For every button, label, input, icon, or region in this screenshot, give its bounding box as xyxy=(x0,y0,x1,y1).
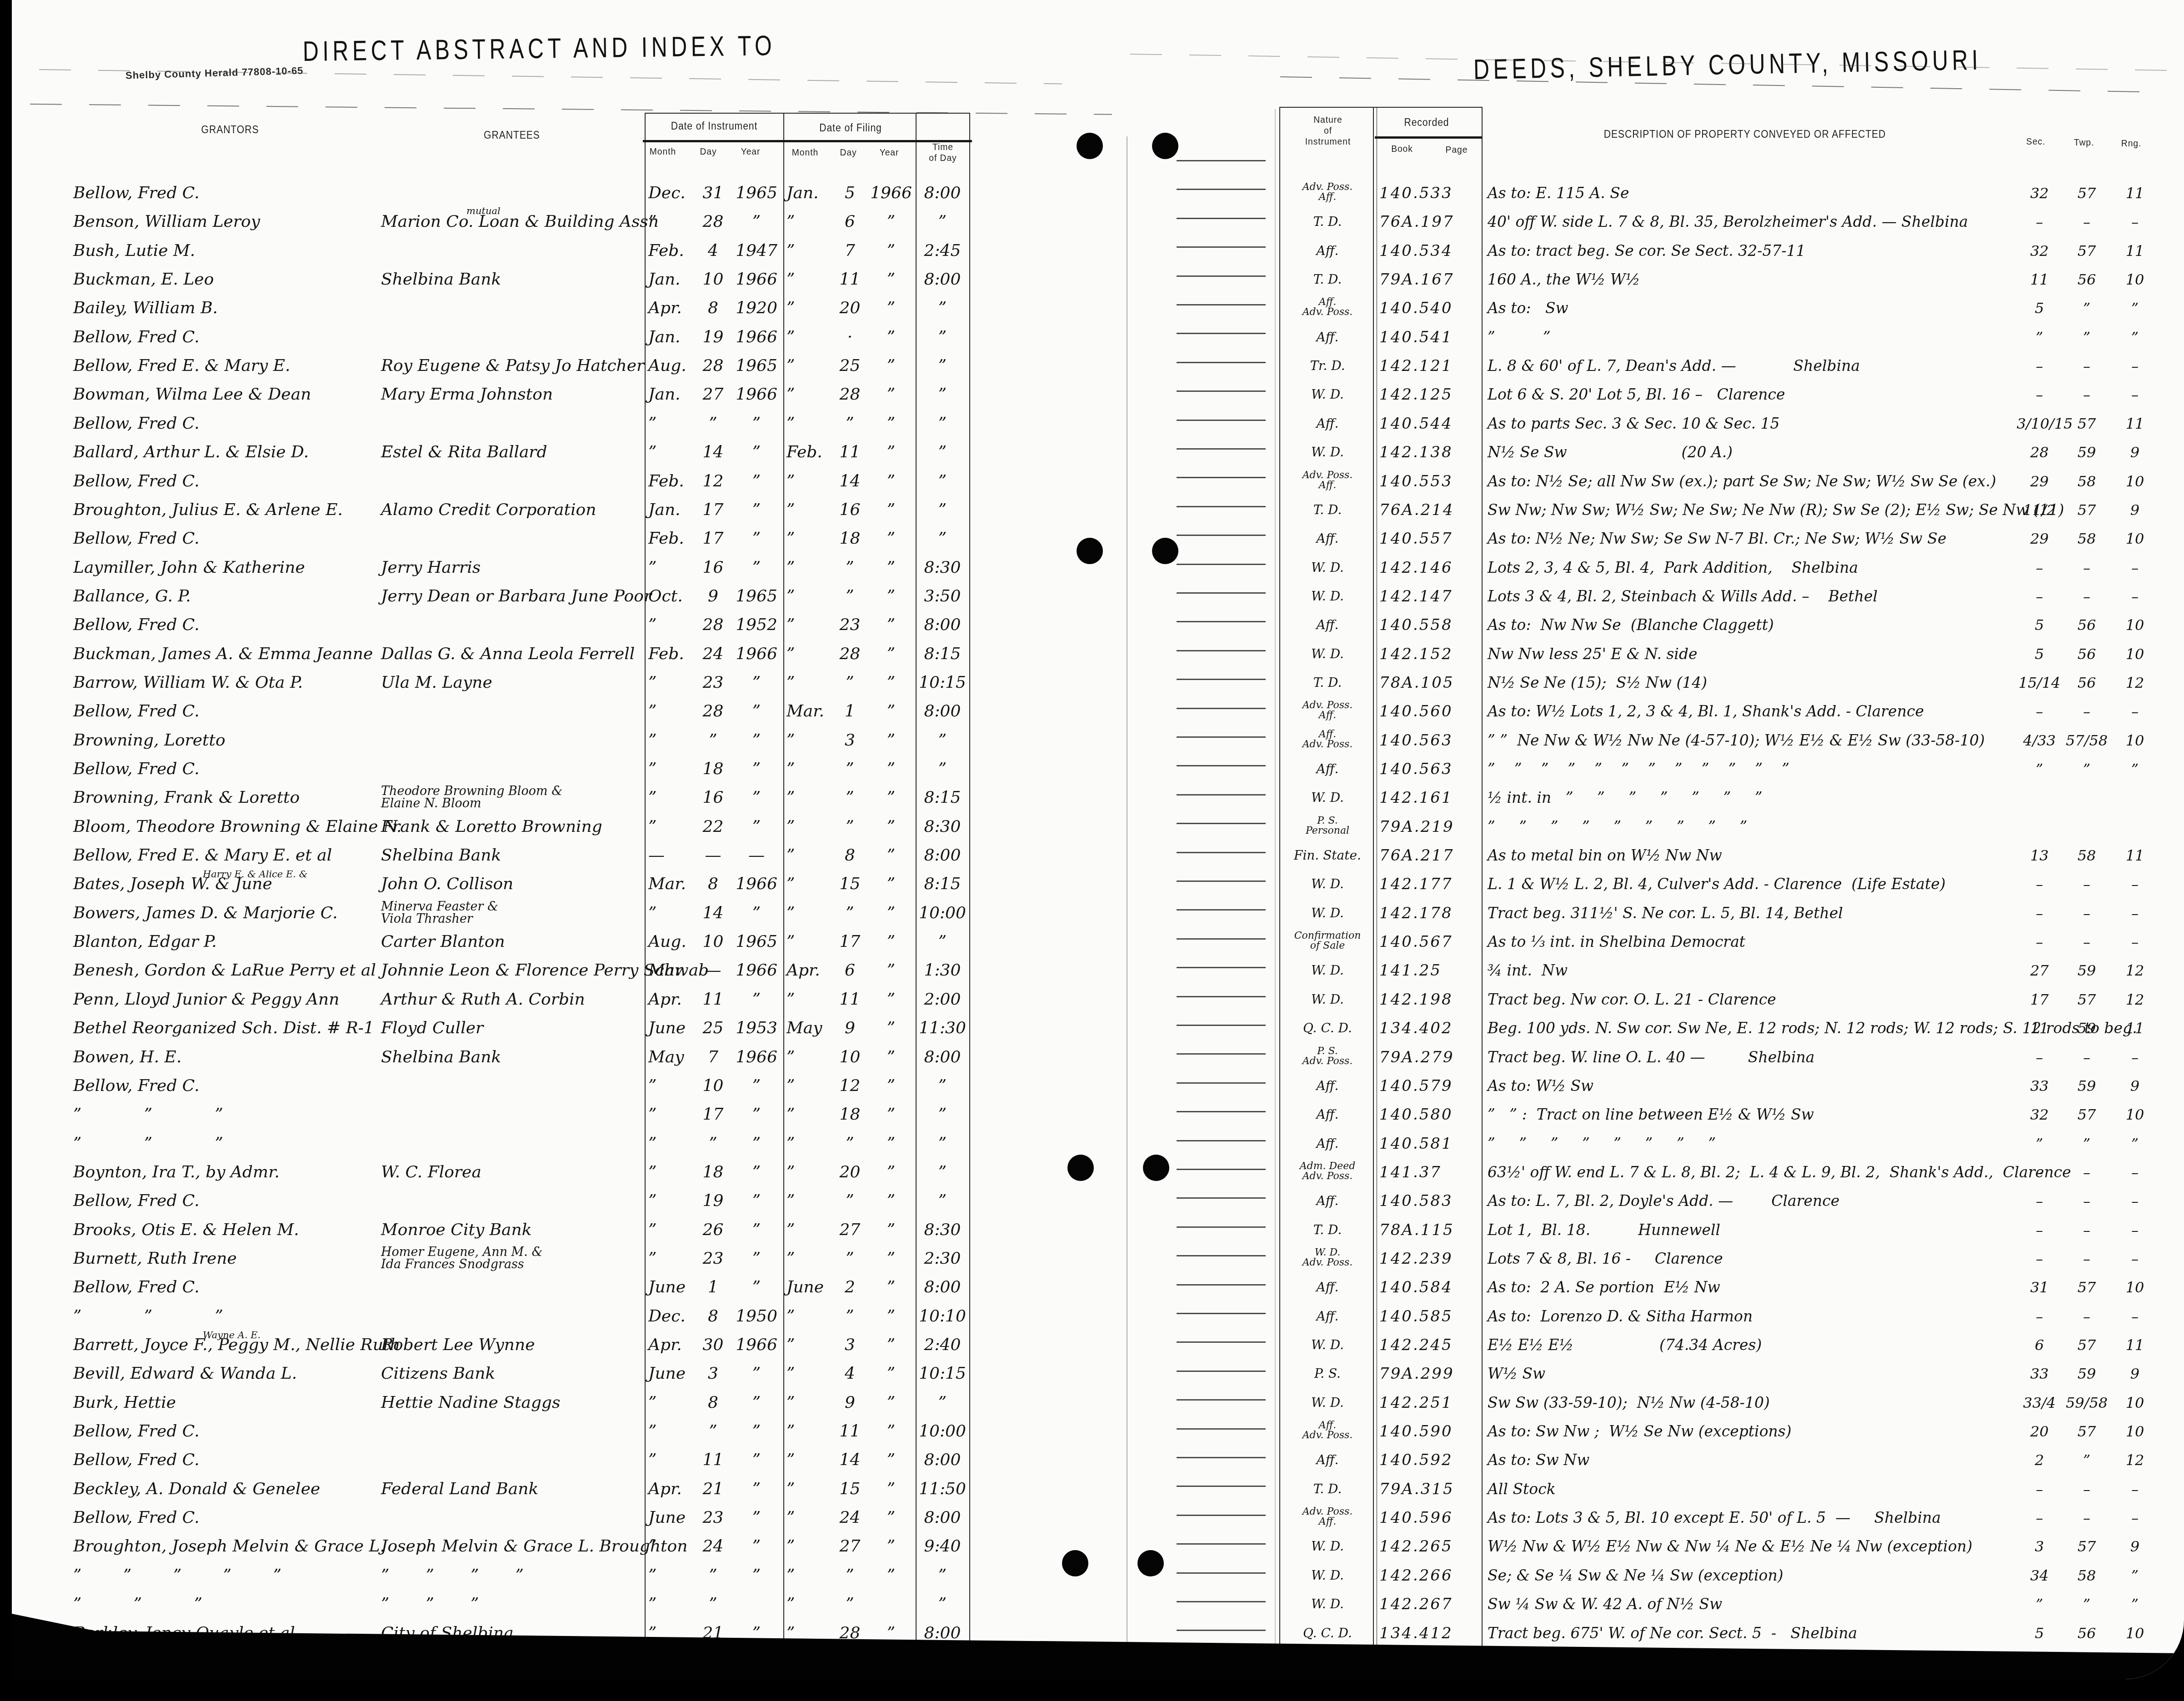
range: 12 xyxy=(2111,961,2159,980)
grantor-name: Buckman, E. Leo xyxy=(73,270,214,289)
instrument-year: ” xyxy=(732,1451,781,1469)
instrument-day: ” xyxy=(696,731,730,750)
filing-month: ” xyxy=(786,875,832,893)
instrument-day: 17 xyxy=(696,530,730,548)
filing-day: 25 xyxy=(833,357,867,375)
nature-of-instrument: Aff. Adv. Poss. xyxy=(1283,730,1372,750)
section: 5 xyxy=(2017,299,2062,317)
filing-year: ” xyxy=(868,1163,914,1181)
filing-day: ” xyxy=(833,1595,867,1613)
ledger-row: Bellow, Fred C. ” 18 ” ” ” ” ” Aff. 140.… xyxy=(12,757,2184,786)
instrument-day: — xyxy=(696,961,730,980)
nature-of-instrument: W. D. xyxy=(1283,1537,1372,1556)
instrument-month: ” xyxy=(648,904,696,922)
filing-year: ” xyxy=(868,1394,914,1412)
time-of-day: 8:15 xyxy=(917,789,968,807)
property-description: E½ E½ E½ (74.34 Acres) xyxy=(1488,1336,1762,1354)
instrument-month: Jan. xyxy=(648,501,696,519)
section: 11/2 xyxy=(2017,501,2062,519)
time-of-day: ” xyxy=(917,1163,968,1181)
filing-month: ” xyxy=(786,760,832,778)
filing-year: ” xyxy=(868,933,914,951)
grantor-name: ” ” ” xyxy=(73,1106,223,1124)
section: 11 xyxy=(2017,1019,2062,1037)
filing-day: 14 xyxy=(833,472,867,490)
col-header-date-filing: Date of Filing xyxy=(819,122,882,134)
property-description: Lot 1, Bl. 18. Hunnewell xyxy=(1488,1221,1720,1239)
property-description: W½ Nw & W½ E½ Nw & Nw ¼ Ne & E½ Ne ¼ Nw … xyxy=(1488,1537,1973,1556)
nature-of-instrument: Aff. xyxy=(1283,1451,1372,1469)
instrument-year: 1966 xyxy=(732,385,781,404)
ledger-row: Barrett, Joyce F., Peggy M., Nellie Ruth… xyxy=(12,1333,2184,1362)
filing-month: ” xyxy=(786,472,832,490)
filing-year: ” xyxy=(868,991,914,1009)
filing-day: 9 xyxy=(833,1019,867,1037)
book-page: 79A.279 xyxy=(1379,1048,1479,1066)
book-page: 142.161 xyxy=(1379,789,1479,807)
instrument-day: 27 xyxy=(696,385,730,404)
book-page: 142.266 xyxy=(1379,1566,1479,1585)
grantor-name: Bellow, Fred E. & Mary E. et al xyxy=(73,846,332,865)
grantor-name: Bellow, Fred C. xyxy=(73,1451,200,1469)
time-of-day: 10:10 xyxy=(917,1307,968,1326)
property-description: As to ⅓ int. in Shelbina Democrat xyxy=(1488,933,1745,951)
book-page: 78A.105 xyxy=(1379,674,1479,692)
ledger-row: Bellow, Fred C. Jan. 19 1966 ” · ” ” Aff… xyxy=(12,325,2184,354)
filing-day: 6 xyxy=(833,961,867,980)
time-of-day: ” xyxy=(917,213,968,231)
book-page: 142.251 xyxy=(1379,1394,1479,1412)
filing-month: ” xyxy=(786,789,832,807)
book-page: 140.579 xyxy=(1379,1077,1479,1095)
time-of-day: 10:15 xyxy=(917,674,968,692)
grantee-name: Homer Eugene, Ann M. & Ida Frances Snodg… xyxy=(381,1246,542,1271)
instrument-day: 12 xyxy=(696,472,730,490)
time-of-day: ” xyxy=(917,1394,968,1412)
property-description: Sw Sw (33-59-10); N½ Nw (4-58-10) xyxy=(1488,1394,1770,1412)
instrument-year: ” xyxy=(732,1278,781,1296)
filing-month: ” xyxy=(786,1537,832,1556)
book-page: 142.177 xyxy=(1379,875,1479,893)
instrument-month: ” xyxy=(648,789,696,807)
range: 10 xyxy=(2111,616,2159,634)
ledger-row: Bellow, Fred C. Feb. 17 ” ” 18 ” ” Aff. … xyxy=(12,527,2184,555)
grantor-name: Brooks, Otis E. & Helen M. xyxy=(73,1221,299,1239)
filing-day: 27 xyxy=(833,1537,867,1556)
section: 33 xyxy=(2017,1365,2062,1383)
filing-day: 1 xyxy=(833,702,867,720)
property-description: ” ” ” ” ” ” ” ” ” ” ” ” xyxy=(1488,760,1789,778)
ledger-row: Brooks, Otis E. & Helen M. Monroe City B… xyxy=(12,1218,2184,1247)
book-page: 142.147 xyxy=(1379,587,1479,605)
time-of-day: ” xyxy=(917,385,968,404)
book-page: 140.533 xyxy=(1379,184,1479,202)
time-of-day: ” xyxy=(917,530,968,548)
filing-day: 7 xyxy=(833,242,867,260)
township: 57 xyxy=(2064,1422,2109,1441)
filing-day: 28 xyxy=(833,385,867,404)
filing-day: 8 xyxy=(833,846,867,865)
instrument-year: ” xyxy=(732,904,781,922)
book-page: 140.585 xyxy=(1379,1307,1479,1326)
book-page: 142.239 xyxy=(1379,1250,1479,1268)
range: 11 xyxy=(2111,1336,2159,1354)
filing-month: ” xyxy=(786,904,832,922)
book-page: 140.560 xyxy=(1379,702,1479,720)
instrument-year: 1950 xyxy=(732,1307,781,1326)
filing-year: ” xyxy=(868,904,914,922)
township: 56 xyxy=(2064,270,2109,289)
ledger-row: Beckley, A. Donald & Genelee Federal Lan… xyxy=(12,1477,2184,1506)
range: – xyxy=(2111,933,2159,951)
book-page: 140.553 xyxy=(1379,472,1479,490)
filing-day: 14 xyxy=(833,1451,867,1469)
property-description: ” ” ” ” ” ” ” ” ” xyxy=(1488,818,1747,836)
range: – xyxy=(2111,357,2159,375)
property-description: L. 8 & 60' of L. 7, Dean's Add. — Shelbi… xyxy=(1488,357,1860,375)
col-header-time: Time of Day xyxy=(929,142,957,164)
property-description: L. 1 & W½ L. 2, Bl. 4, Culver's Add. - C… xyxy=(1488,875,1946,893)
property-description: Nw Nw less 25' E & N. side xyxy=(1488,645,1698,663)
instrument-day: 18 xyxy=(696,1163,730,1181)
ledger-row: Bellow, Fred C. ” 11 ” ” 14 ” 8:00 Aff. … xyxy=(12,1448,2184,1477)
instrument-month: Apr. xyxy=(648,1480,696,1498)
property-description: ” ” : Tract on line between E½ & W½ Sw xyxy=(1488,1106,1814,1124)
grantor-name: Bellow, Fred C. xyxy=(73,1192,200,1210)
range: 11 xyxy=(2111,846,2159,865)
nature-of-instrument: Fin. State. xyxy=(1283,846,1372,865)
filing-day: 3 xyxy=(833,731,867,750)
section: 33 xyxy=(2017,1077,2062,1095)
col-header-book: Book xyxy=(1391,144,1413,155)
instrument-year: ” xyxy=(732,559,781,577)
range: – xyxy=(2111,875,2159,893)
col-header-recorded: Recorded xyxy=(1404,116,1449,129)
instrument-year: 1965 xyxy=(732,184,781,202)
filing-day: 11 xyxy=(833,270,867,289)
range: – xyxy=(2111,385,2159,404)
filing-month: ” xyxy=(786,645,832,663)
filing-month: ” xyxy=(786,674,832,692)
section: – xyxy=(2017,1509,2062,1527)
instrument-year: 1965 xyxy=(732,933,781,951)
section: – xyxy=(2017,213,2062,231)
instrument-month: ” xyxy=(648,1537,696,1556)
book-page: 140.563 xyxy=(1379,731,1479,750)
filing-day: 24 xyxy=(833,1509,867,1527)
time-of-day: 1:30 xyxy=(917,961,968,980)
range: 10 xyxy=(2111,270,2159,289)
ledger-row: Buckman, E. Leo Shelbina Bank Jan. 10 19… xyxy=(12,268,2184,296)
section: 4/33 xyxy=(2017,731,2062,750)
range: 9 xyxy=(2111,443,2159,461)
filing-month: ” xyxy=(786,991,832,1009)
range: – xyxy=(2111,904,2159,922)
filing-day: 2 xyxy=(833,1278,867,1296)
nature-of-instrument: W. D. xyxy=(1283,961,1372,980)
ledger-row: Bellow, Fred C. ” 19 ” ” ” ” ” Aff. 140.… xyxy=(12,1189,2184,1218)
ledger-row: Bailey, William B. Apr. 8 1920 ” 20 ” ” … xyxy=(12,296,2184,325)
grantor-name: Bellow, Fred C. xyxy=(73,1077,200,1095)
time-of-day: 2:40 xyxy=(917,1336,968,1354)
time-of-day: 8:00 xyxy=(917,1451,968,1469)
grantee-name: Theodore Browning Bloom & Elaine N. Bloo… xyxy=(381,785,562,810)
ledger-row: Bellow, Fred C. ” ” ” ” ” ” ” Aff. 140.5… xyxy=(12,412,2184,440)
filing-year: ” xyxy=(868,1077,914,1095)
instrument-day: 8 xyxy=(696,875,730,893)
section: 5 xyxy=(2017,645,2062,663)
township: – xyxy=(2064,213,2109,231)
time-of-day: ” xyxy=(917,299,968,317)
range: – xyxy=(2111,559,2159,577)
instrument-month: Aug. xyxy=(648,933,696,951)
filing-month: ” xyxy=(786,616,832,634)
township: ” xyxy=(2064,1135,2109,1153)
ledger-row: Penn, Lloyd Junior & Peggy Ann Arthur & … xyxy=(12,988,2184,1016)
filing-year: ” xyxy=(868,731,914,750)
section: – xyxy=(2017,904,2062,922)
nature-of-instrument: Aff. xyxy=(1283,1135,1372,1153)
ledger-row: Bevill, Edward & Wanda L. Citizens Bank … xyxy=(12,1362,2184,1391)
book-page: 79A.167 xyxy=(1379,270,1479,289)
filing-month: June xyxy=(786,1278,832,1296)
nature-of-instrument: Aff. xyxy=(1283,242,1372,260)
filing-day: 15 xyxy=(833,1480,867,1498)
instrument-year: 1947 xyxy=(732,242,781,260)
ledger-row: Buckman, James A. & Emma Jeanne Dallas G… xyxy=(12,642,2184,671)
book-page: 76A.217 xyxy=(1379,846,1479,865)
range: ” xyxy=(2111,1135,2159,1153)
ledger-row: ” ” ” ” ” ” ” ” ” ” ” ” ” ” ” ” W. D. 14… xyxy=(12,1564,2184,1592)
instrument-year: 1966 xyxy=(732,645,781,663)
filing-month: ” xyxy=(786,1566,832,1585)
property-description: As to parts Sec. 3 & Sec. 10 & Sec. 15 xyxy=(1488,415,1780,433)
filing-month: ” xyxy=(786,415,832,433)
range: ” xyxy=(2111,760,2159,778)
filing-year: ” xyxy=(868,1019,914,1037)
township: ” xyxy=(2064,1595,2109,1613)
property-description: Se; & Se ¼ Sw & Ne ¼ Sw (exception) xyxy=(1488,1566,1783,1585)
property-description: ” ” Ne Nw & W½ Nw Ne (4-57-10); W½ E½ & … xyxy=(1488,731,1985,750)
grantee-name: Jerry Harris xyxy=(381,559,481,577)
instrument-month: ” xyxy=(648,702,696,720)
book-page: 79A.315 xyxy=(1379,1480,1479,1498)
ledger-row: ” ” ” ” 17 ” ” 18 ” ” Aff. 140.580 ” ” :… xyxy=(12,1103,2184,1131)
filing-day: 10 xyxy=(833,1048,867,1066)
instrument-day: 28 xyxy=(696,213,730,231)
grantor-name: Bellow, Fred C. xyxy=(73,702,200,720)
col-header-rng: Rng. xyxy=(2121,138,2141,149)
ledger-row: Barrow, William W. & Ota P. Ula M. Layne… xyxy=(12,671,2184,700)
section: 27 xyxy=(2017,961,2062,980)
instrument-month: ” xyxy=(648,674,696,692)
grantor-name: Broughton, Joseph Melvin & Grace L. xyxy=(73,1537,385,1556)
col-header-month: Month xyxy=(650,146,676,157)
instrument-day: 8 xyxy=(696,1307,730,1326)
instrument-year: ” xyxy=(732,1250,781,1268)
book-page: 142.138 xyxy=(1379,443,1479,461)
nature-of-instrument: W. D. xyxy=(1283,587,1372,605)
township: 59 xyxy=(2064,443,2109,461)
section: – xyxy=(2017,1250,2062,1268)
col-header-grantors: GRANTORS xyxy=(201,124,259,136)
range: – xyxy=(2111,587,2159,605)
grantor-name: Bailey, William B. xyxy=(73,299,218,317)
property-description: As to: Lots 3 & 5, Bl. 10 except E. 50' … xyxy=(1488,1509,1941,1527)
col-header-twp: Twp. xyxy=(2074,137,2094,148)
nature-of-instrument: Aff. xyxy=(1283,328,1372,346)
filing-day: 15 xyxy=(833,875,867,893)
section: 17 xyxy=(2017,991,2062,1009)
grantor-name: Boynton, Ira T., by Admr. xyxy=(73,1163,280,1181)
instrument-month: ” xyxy=(648,760,696,778)
grantor-name: Burk, Hettie xyxy=(73,1394,176,1412)
filing-month: ” xyxy=(786,357,832,375)
book-page: 140.590 xyxy=(1379,1422,1479,1441)
instrument-day: 8 xyxy=(696,1394,730,1412)
range: – xyxy=(2111,702,2159,720)
ledger-row: ” ” ” Dec. 8 1950 ” ” ” 10:10 Aff. 140.5… xyxy=(12,1305,2184,1333)
nature-of-instrument: W. D. xyxy=(1283,385,1372,404)
grantor-name: Penn, Lloyd Junior & Peggy Ann xyxy=(73,991,339,1009)
section: – xyxy=(2017,1307,2062,1326)
property-description: As to: E. 115 A. Se xyxy=(1488,184,1629,202)
grantee-name: Joseph Melvin & Grace L. Broughton xyxy=(381,1537,687,1556)
property-description: Lots 3 & 4, Bl. 2, Steinbach & Wills Add… xyxy=(1488,587,1878,605)
nature-of-instrument: W. D. xyxy=(1283,645,1372,663)
time-of-day: 8:00 xyxy=(917,846,968,865)
instrument-year: ” xyxy=(732,1192,781,1210)
grantor-note: Wayne A. E. xyxy=(203,1326,260,1344)
nature-of-instrument: Aff. xyxy=(1283,760,1372,778)
book-page: 140.557 xyxy=(1379,530,1479,548)
township: 57 xyxy=(2064,1278,2109,1296)
grantee-name: Floyd Culler xyxy=(381,1019,483,1037)
property-description: As to: Nw Nw Se (Blanche Claggett) xyxy=(1488,616,1774,634)
range: ” xyxy=(2111,299,2159,317)
col-header-day2: Day xyxy=(840,147,857,158)
filing-day: 9 xyxy=(833,1394,867,1412)
filing-year: ” xyxy=(868,961,914,980)
book-page: 140.567 xyxy=(1379,933,1479,951)
grantee-name: Marion Co. Loan & Building Assn xyxy=(381,213,659,231)
instrument-month: ” xyxy=(648,616,696,634)
book-page: 79A.219 xyxy=(1379,818,1479,836)
book-page: 140.592 xyxy=(1379,1451,1479,1469)
ledger-row: Benesh, Gordon & LaRue Perry et al Johnn… xyxy=(12,959,2184,987)
instrument-month: ” xyxy=(648,1163,696,1181)
time-of-day: 2:45 xyxy=(917,242,968,260)
grantee-name: Robert Lee Wynne xyxy=(381,1336,535,1354)
range: 9 xyxy=(2111,1537,2159,1556)
property-description: 160 A., the W½ W½ xyxy=(1488,270,1640,289)
time-of-day: ” xyxy=(917,731,968,750)
section: ” xyxy=(2017,760,2062,778)
instrument-day: 25 xyxy=(696,1019,730,1037)
instrument-month: ” xyxy=(648,1135,696,1153)
instrument-day: ” xyxy=(696,1422,730,1441)
instrument-day: 23 xyxy=(696,1250,730,1268)
ledger-row: Bellow, Fred C. Dec. 31 1965 Jan. 5 1966… xyxy=(12,181,2184,210)
range: 9 xyxy=(2111,501,2159,519)
range: – xyxy=(2111,1480,2159,1498)
ledger-row: Bellow, Fred E. & Mary E. et al Shelbina… xyxy=(12,844,2184,872)
ledger-row: Burk, Hettie Hettie Nadine Staggs ” 8 ” … xyxy=(12,1391,2184,1420)
filing-month: ” xyxy=(786,846,832,865)
range: 9 xyxy=(2111,1365,2159,1383)
instrument-month: Feb. xyxy=(648,242,696,260)
property-description: Lots 2, 3, 4 & 5, Bl. 4, Park Addition, … xyxy=(1488,559,1858,577)
nature-of-instrument: Tr. D. xyxy=(1283,357,1372,375)
time-of-day: 8:30 xyxy=(917,559,968,577)
property-description: Tract beg. 675' W. of Ne cor. Sect. 5 - … xyxy=(1488,1624,1857,1642)
instrument-month: ” xyxy=(648,213,696,231)
instrument-day: 28 xyxy=(696,616,730,634)
grantee-name: ” ” ” xyxy=(381,1595,479,1613)
filing-year: ” xyxy=(868,385,914,404)
grantee-name: Ula M. Layne xyxy=(381,674,492,692)
filing-month: ” xyxy=(786,213,832,231)
property-description: 63½' off W. end L. 7 & L. 8, Bl. 2; L. 4… xyxy=(1488,1163,2071,1181)
instrument-month: Feb. xyxy=(648,645,696,663)
range: 12 xyxy=(2111,674,2159,692)
filing-year: ” xyxy=(868,760,914,778)
township: ” xyxy=(2064,1451,2109,1469)
filing-year: ” xyxy=(868,443,914,461)
ledger-row: Bowers, James D. & Marjorie C. Minerva F… xyxy=(12,901,2184,930)
grantor-name: Laymiller, John & Katherine xyxy=(73,559,305,577)
grantee-name: Dallas G. & Anna Leola Ferrell xyxy=(381,645,635,663)
instrument-month: June xyxy=(648,1278,696,1296)
filing-month: Jan. xyxy=(786,184,832,202)
filing-month: ” xyxy=(786,1422,832,1441)
time-of-day: ” xyxy=(917,415,968,433)
section: – xyxy=(2017,1480,2062,1498)
ledger-row: Bellow, Fred E. & Mary E. Roy Eugene & P… xyxy=(12,354,2184,383)
instrument-year: ” xyxy=(732,1480,781,1498)
grantor-name: Bethel Reorganized Sch. Dist. # R-1 xyxy=(73,1019,374,1037)
section: – xyxy=(2017,1163,2062,1181)
range: – xyxy=(2111,1250,2159,1268)
nature-of-instrument: T. D. xyxy=(1283,213,1372,231)
property-description: As to: W½ Sw xyxy=(1488,1077,1593,1095)
instrument-month: ” xyxy=(648,1566,696,1585)
instrument-day: 9 xyxy=(696,587,730,605)
instrument-year: 1920 xyxy=(732,299,781,317)
punch-hole xyxy=(1077,133,1103,159)
filing-year: ” xyxy=(868,702,914,720)
range: 11 xyxy=(2111,184,2159,202)
instrument-year: 1966 xyxy=(732,328,781,346)
nature-of-instrument: W. D. xyxy=(1283,1336,1372,1354)
grantee-name: Hettie Nadine Staggs xyxy=(381,1394,561,1412)
filing-year: ” xyxy=(868,242,914,260)
col-header-day: Day xyxy=(700,146,716,157)
header-rule xyxy=(1279,107,1483,108)
instrument-day: 14 xyxy=(696,443,730,461)
instrument-year: 1966 xyxy=(732,1336,781,1354)
township: 58 xyxy=(2064,530,2109,548)
instrument-year: ” xyxy=(732,501,781,519)
section: – xyxy=(2017,1192,2062,1210)
filing-day: ” xyxy=(833,1307,867,1326)
range: 11 xyxy=(2111,1019,2159,1037)
grantor-name: Bellow, Fred C. xyxy=(73,328,200,346)
grantor-name: Bowen, H. E. xyxy=(73,1048,181,1066)
grantee-name: Shelbina Bank xyxy=(381,846,501,865)
time-of-day: 8:00 xyxy=(917,270,968,289)
book-page: 142.245 xyxy=(1379,1336,1479,1354)
